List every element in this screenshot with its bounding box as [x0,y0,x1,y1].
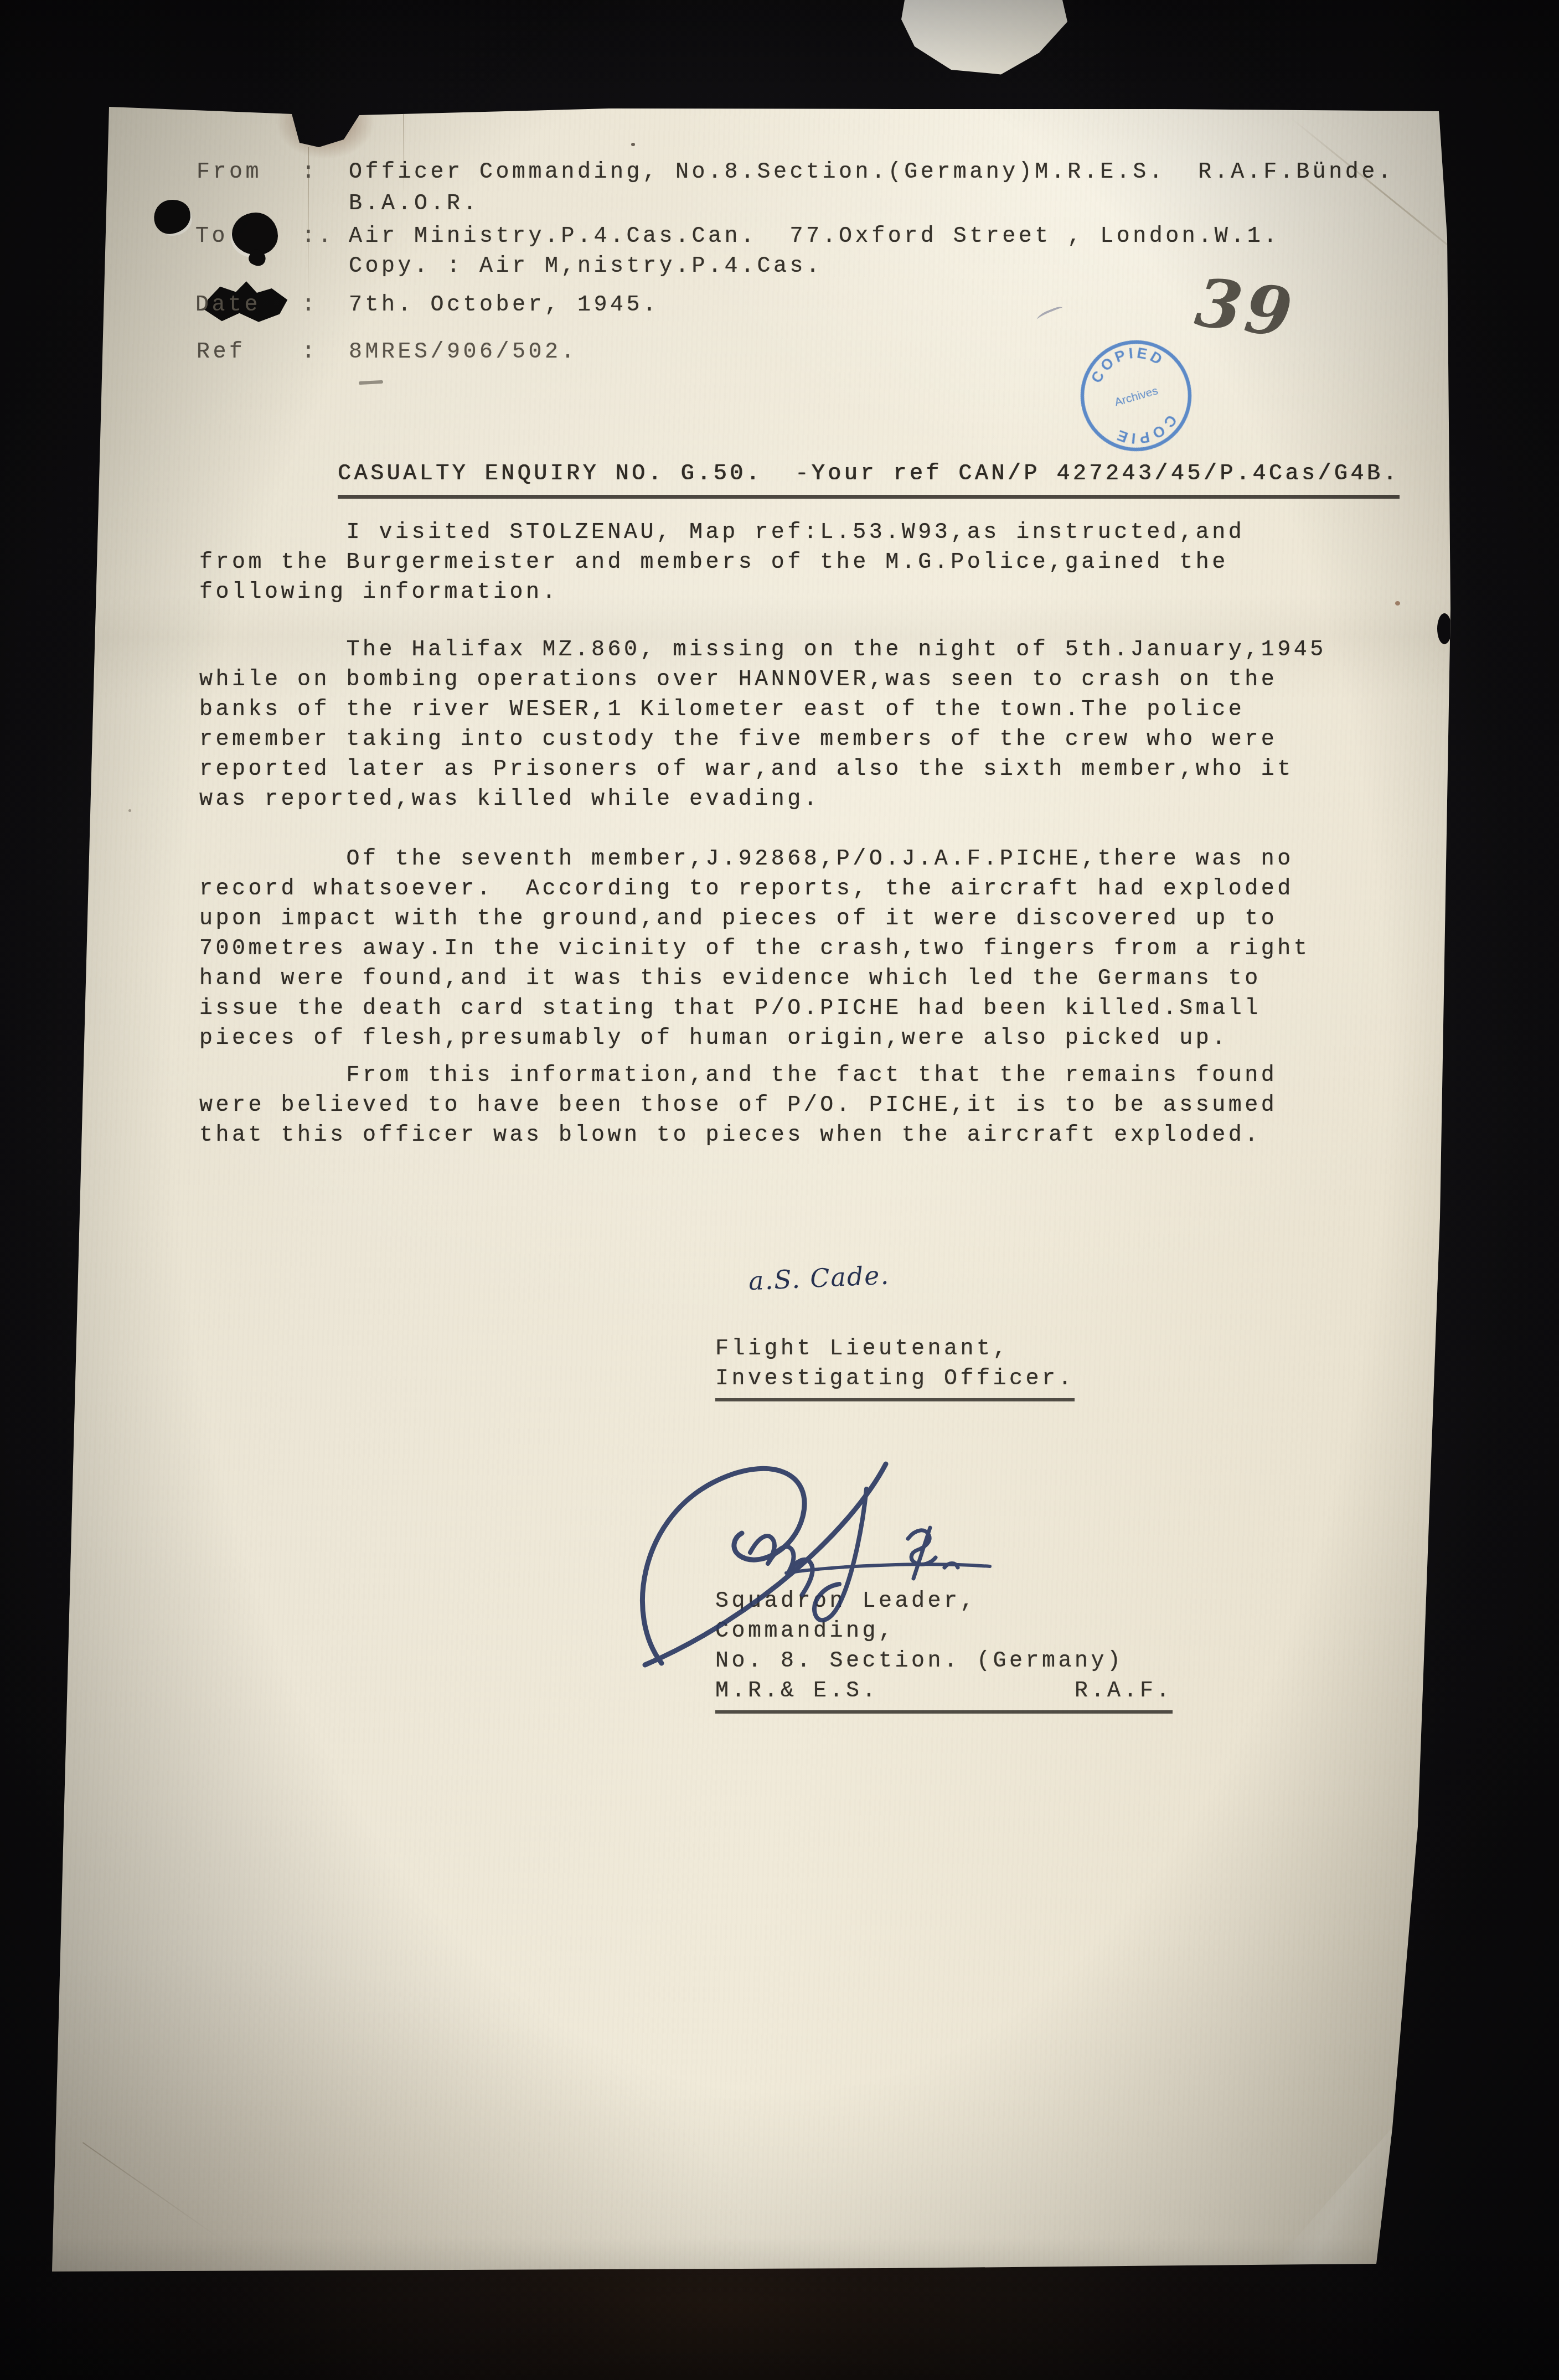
folded-corner [1273,2128,1393,2264]
ref-label: Ref [197,338,246,368]
date-value: 7th. October, 1945. [349,291,659,320]
from-value-line1: Officer Commanding, No.8.Section.(German… [349,158,1394,188]
handwritten-page-number: 39 [1191,263,1299,353]
ink-blot [152,198,193,236]
ref-colon: : [302,338,318,368]
pencil-squiggle [1036,305,1065,324]
paragraph-1: I visited STOLZENAU, Map ref:L.53.W93,as… [199,518,1245,608]
date-colon: : [302,291,318,320]
investigator-title: Investigating Officer. [715,1364,1075,1401]
handwritten-signature-cade: a.S. Cade. [748,1260,890,1296]
singed-tear-edge [276,104,375,159]
stamp-center-text: Archives [1113,384,1160,408]
handwritten-signature-flourish [620,1450,997,1688]
from-colon: : [302,158,318,188]
from-label: From [197,158,262,188]
stray-typed-dash [359,380,383,385]
paper-speck [1395,601,1400,606]
paper-scrap [901,0,1067,77]
crease-line [1289,116,1492,281]
paragraph-2: The Halifax MZ.860, missing on the night… [199,635,1326,815]
from-value-line2: B.A.O.R. [349,189,479,219]
document-page: From : Officer Commanding, No.8.Section.… [0,0,1559,2380]
ref-value: 8MRES/906/502. [349,338,577,368]
subject-line: CASUALTY ENQUIRY NO. G.50. -Your ref CAN… [338,459,1400,499]
paper-speck [631,143,635,146]
photo-backdrop: From : Officer Commanding, No.8.Section.… [0,0,1559,2380]
to-colon: :. [302,222,334,252]
edge-nick [1437,613,1452,644]
date-label: Date [195,291,261,320]
crease-line [82,2142,219,2238]
investigator-rank: Flight Lieutenant, [715,1334,1009,1364]
paragraph-3: Of the seventh member,J.92868,P/O.J.A.F.… [199,845,1310,1054]
paragraph-4: From this information,and the fact that … [199,1061,1277,1151]
to-value: Air Ministry.P.4.Cas.Can. 77.Oxford Stre… [349,222,1280,252]
to-label: To [195,222,228,252]
paper-speck [128,809,131,812]
copy-line: Copy. : Air M,nistry.P.4.Cas. [349,252,823,282]
